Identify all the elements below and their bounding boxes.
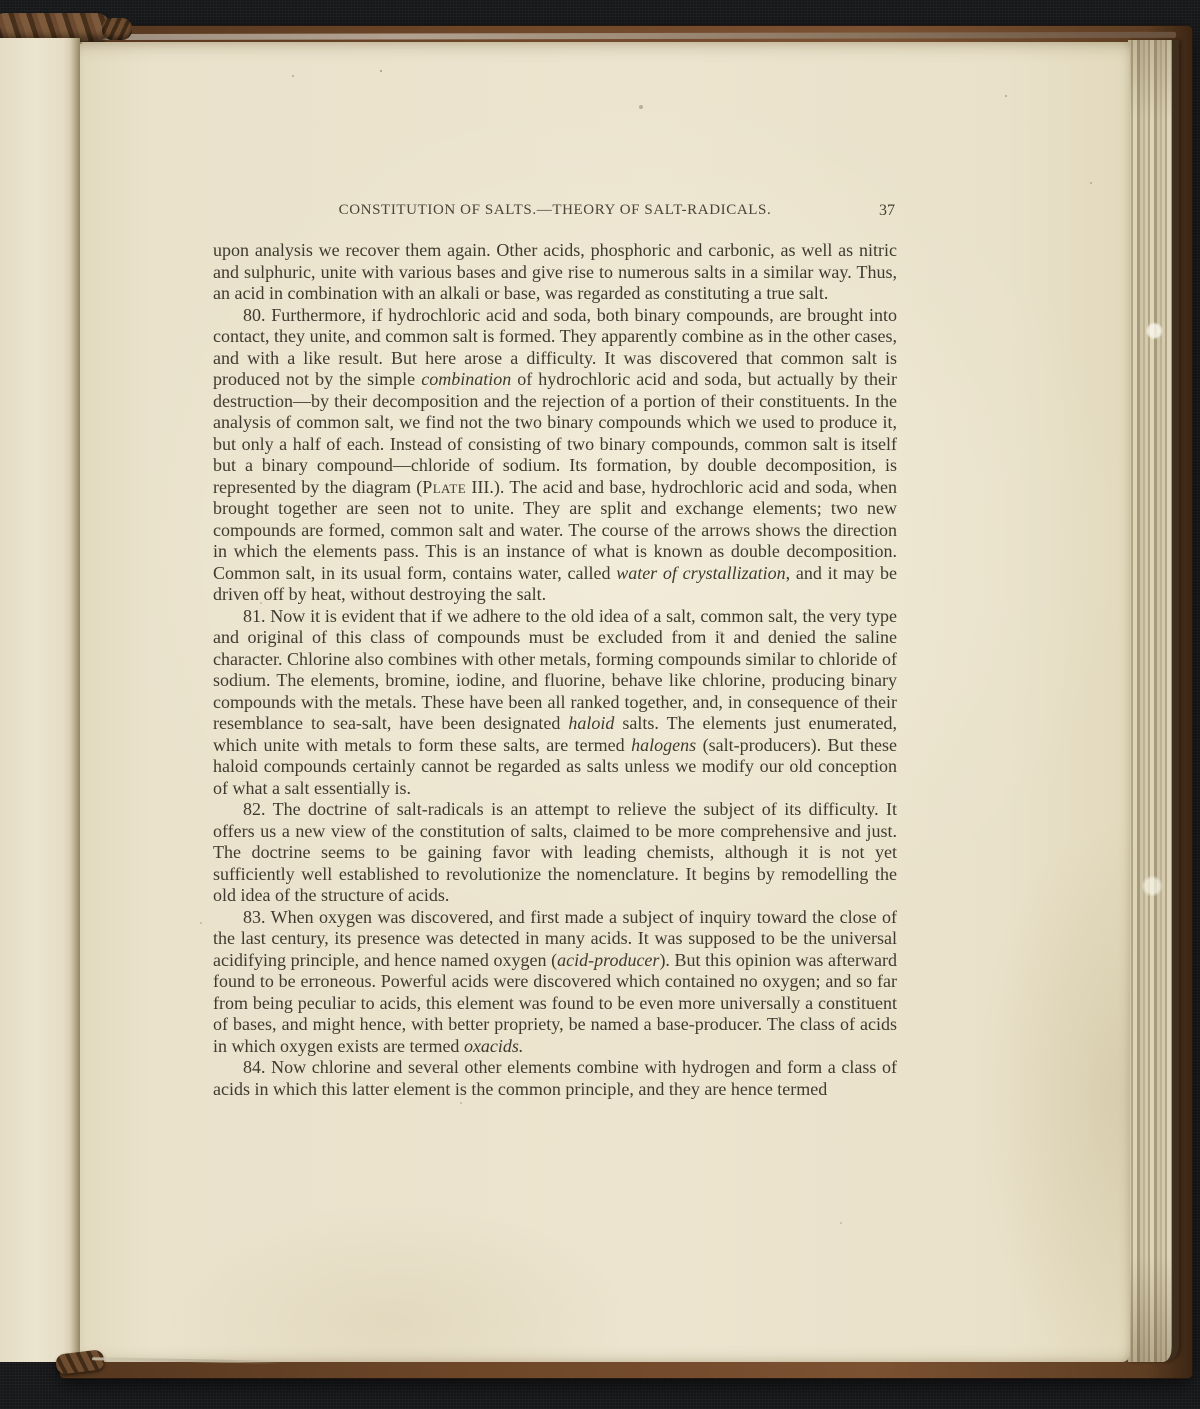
paragraph-80: 80. Furthermore, if hydrochloric acid an…	[213, 305, 897, 606]
page-header: CONSTITUTION OF SALTS.—THEORY OF SALT-RA…	[213, 202, 897, 226]
page-edges-right	[1128, 40, 1179, 1362]
text-column: CONSTITUTION OF SALTS.—THEORY OF SALT-RA…	[213, 202, 897, 1100]
paragraph-81: 81. Now it is evident that if we adhere …	[213, 606, 897, 800]
paragraph-82: 82. The doctrine of salt-radicals is an …	[213, 799, 897, 907]
paper-specks	[80, 42, 82, 44]
page-number: 37	[879, 202, 895, 220]
spine-headband-knot	[102, 18, 132, 40]
previous-page-edge	[0, 38, 80, 1362]
body-text: upon analysis we recover them again. Oth…	[213, 240, 897, 1100]
running-title: CONSTITUTION OF SALTS.—THEORY OF SALT-RA…	[213, 202, 897, 219]
paragraph-84: 84. Now chlorine and several other eleme…	[213, 1057, 897, 1100]
photo-background: CONSTITUTION OF SALTS.—THEORY OF SALT-RA…	[0, 0, 1200, 1409]
paragraph-83: 83. When oxygen was discovered, and firs…	[213, 907, 897, 1058]
paragraph-continuation: upon analysis we recover them again. Oth…	[213, 240, 897, 305]
book-page: CONSTITUTION OF SALTS.—THEORY OF SALT-RA…	[80, 42, 1130, 1362]
spine-headband	[0, 13, 110, 41]
